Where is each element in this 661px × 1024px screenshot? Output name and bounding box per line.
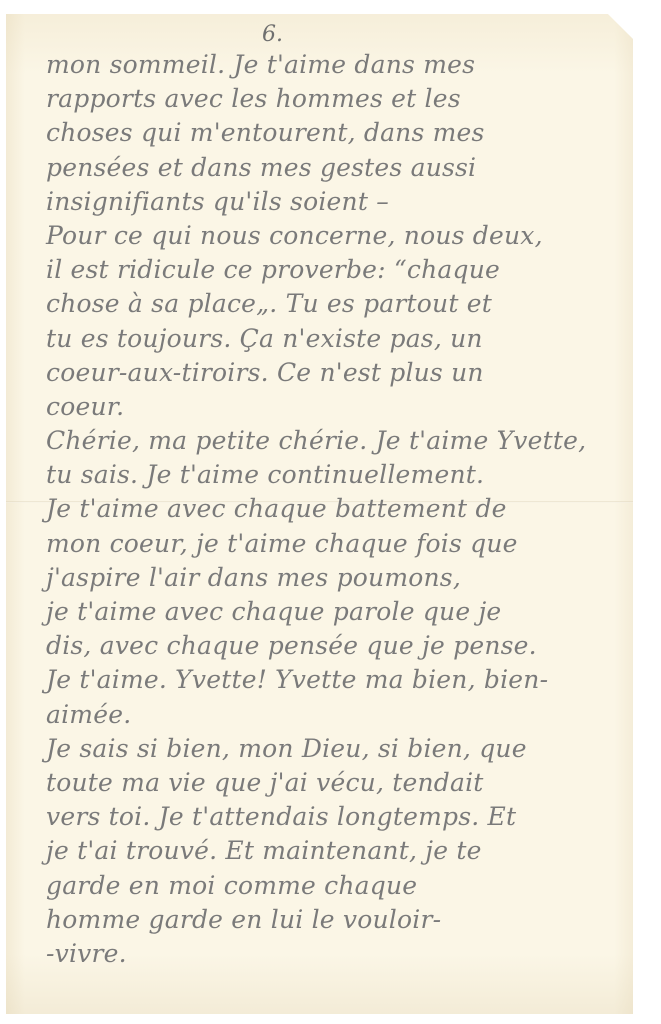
text-line: tu es toujours. Ça n'existe pas, un: [46, 322, 626, 356]
text-line: je t'ai trouvé. Et maintenant, je te: [46, 834, 626, 868]
text-line: insignifiants qu'ils soient –: [46, 185, 626, 219]
text-line: Pour ce qui nous concerne, nous deux,: [46, 219, 626, 253]
page-number: 6.: [262, 22, 283, 47]
text-line: coeur.: [46, 390, 626, 424]
text-line: dis, avec chaque pensée que je pense.: [46, 629, 626, 663]
text-line: vers toi. Je t'attendais longtemps. Et: [46, 800, 626, 834]
text-line: garde en moi comme chaque: [46, 869, 626, 903]
text-line: Chérie, ma petite chérie. Je t'aime Yvet…: [46, 424, 626, 458]
text-line: Je t'aime avec chaque battement de: [46, 492, 626, 526]
text-line: pensées et dans mes gestes aussi: [46, 151, 626, 185]
text-line: il est ridicule ce proverbe: “chaque: [46, 253, 626, 287]
text-line: Je t'aime. Yvette! Yvette ma bien, bien-: [46, 663, 626, 697]
text-line: mon coeur, je t'aime chaque fois que: [46, 527, 626, 561]
text-line: coeur-aux-tiroirs. Ce n'est plus un: [46, 356, 626, 390]
text-line: homme garde en lui le vouloir-: [46, 903, 626, 937]
text-line: mon sommeil. Je t'aime dans mes: [46, 48, 626, 82]
text-line: tu sais. Je t'aime continuellement.: [46, 458, 626, 492]
text-line: chose à sa place„. Tu es partout et: [46, 287, 626, 321]
letter-body: mon sommeil. Je t'aime dans mes rapports…: [46, 48, 626, 971]
text-line: toute ma vie que j'ai vécu, tendait: [46, 766, 626, 800]
text-line: -vivre.: [46, 937, 626, 971]
text-line: aimée.: [46, 698, 626, 732]
text-line: Je sais si bien, mon Dieu, si bien, que: [46, 732, 626, 766]
text-line: choses qui m'entourent, dans mes: [46, 116, 626, 150]
text-line: rapports avec les hommes et les: [46, 82, 626, 116]
text-line: je t'aime avec chaque parole que je: [46, 595, 626, 629]
text-line: j'aspire l'air dans mes poumons,: [46, 561, 626, 595]
